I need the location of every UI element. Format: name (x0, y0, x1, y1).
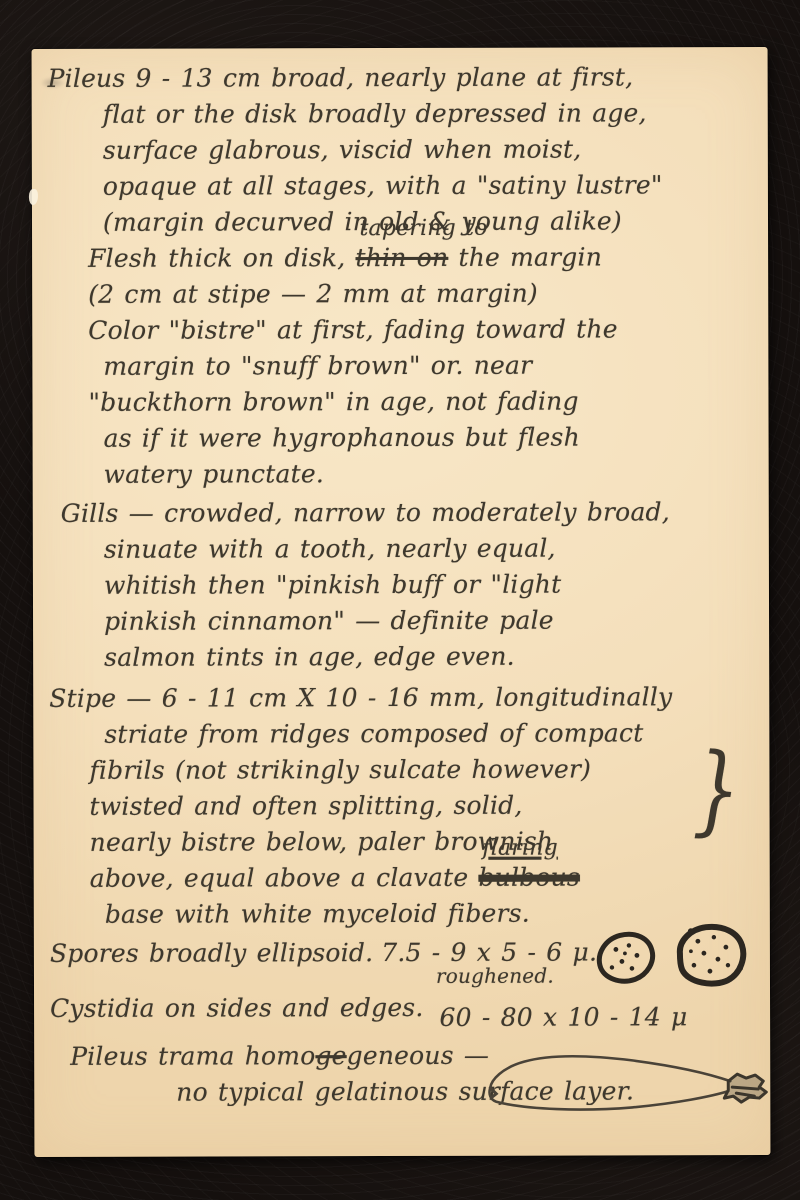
gills-line-5: salmon tints in age, edge even. (104, 638, 759, 676)
cystidia-text: Cystidia on sides and edges. (50, 993, 423, 1023)
stipe-line-1: Stipe — 6 - 11 cm X 10 - 16 mm, longitud… (49, 679, 759, 717)
correction-wrap: bulbousflaring (478, 860, 580, 896)
stipe-line-3: fibrils (not strikingly sulcate however) (89, 751, 759, 789)
brace-mark: } (692, 740, 741, 840)
pileus-line-6-pre: Flesh thick on disk, (88, 243, 356, 273)
pileus-line-6-post: the margin (448, 242, 602, 271)
inserted-text: tapering to (359, 218, 487, 240)
struck-text: thin on (355, 243, 448, 272)
inserted-text: flaring (482, 838, 558, 860)
trama-line-1-post: geneous — (347, 1041, 490, 1070)
correction-wrap: thin ontapering to (355, 240, 448, 276)
trama-line-1-pre: Pileus trama homo (70, 1041, 315, 1071)
pileus-line-3: surface glabrous, viscid when moist, (103, 131, 758, 169)
pileus-line-10: "buckthorn brown" in age, not fading (88, 383, 758, 421)
note-card: Pileus 9 - 13 cm broad, nearly plane at … (32, 47, 771, 1157)
stipe-line-6: above, equal above a clavate bulbousflar… (90, 859, 760, 897)
pileus-line-9: margin to "snuff brown" or. near (103, 347, 758, 385)
pileus-line-2: flat or the disk broadly depressed in ag… (103, 95, 758, 133)
gills-line-4: pinkish cinnamon" — definite pale (104, 602, 759, 640)
spores-text: Spores broadly ellipsoid. (50, 938, 373, 968)
struck-text: bulbous (478, 863, 580, 892)
stipe-line-4: twisted and often splitting, solid, (89, 787, 759, 825)
struck-text: ge (315, 1041, 346, 1070)
photo-background: Pileus 9 - 13 cm broad, nearly plane at … (0, 0, 800, 1200)
cystidium-sketch (482, 1047, 772, 1123)
gills-line-3: whitish then "pinkish buff or "light (104, 566, 759, 604)
gills-line-2: sinuate with a tooth, nearly equal, (104, 530, 759, 568)
cystidia-size: 60 - 80 x 10 - 14 μ (439, 1002, 687, 1032)
pileus-line-8: Color "bistre" at first, fading toward t… (88, 311, 758, 349)
pileus-line-12: watery punctate. (104, 455, 759, 493)
gills-line-1: Gills — crowded, narrow to moderately br… (61, 494, 759, 532)
stipe-line-5: nearly bistre below, paler brownish (90, 823, 760, 861)
pileus-line-11: as if it were hygrophanous but flesh (104, 419, 759, 457)
stipe-line-2: striate from ridges composed of compact (104, 715, 759, 753)
pileus-line-4: opaque at all stages, with a "satiny lus… (103, 167, 758, 205)
spore-size: 7.5 - 9 x 5 - 6 μ. (381, 937, 597, 967)
card-edge-nick (29, 189, 38, 205)
pileus-line-6: Flesh thick on disk, thin ontapering to … (88, 239, 758, 277)
pileus-line-7: (2 cm at stipe — 2 mm at margin) (88, 275, 758, 313)
spore-sketch (592, 923, 772, 1003)
pileus-line-1: Pileus 9 - 13 cm broad, nearly plane at … (48, 59, 758, 97)
stipe-line-6-pre: above, equal above a clavate (90, 863, 479, 893)
